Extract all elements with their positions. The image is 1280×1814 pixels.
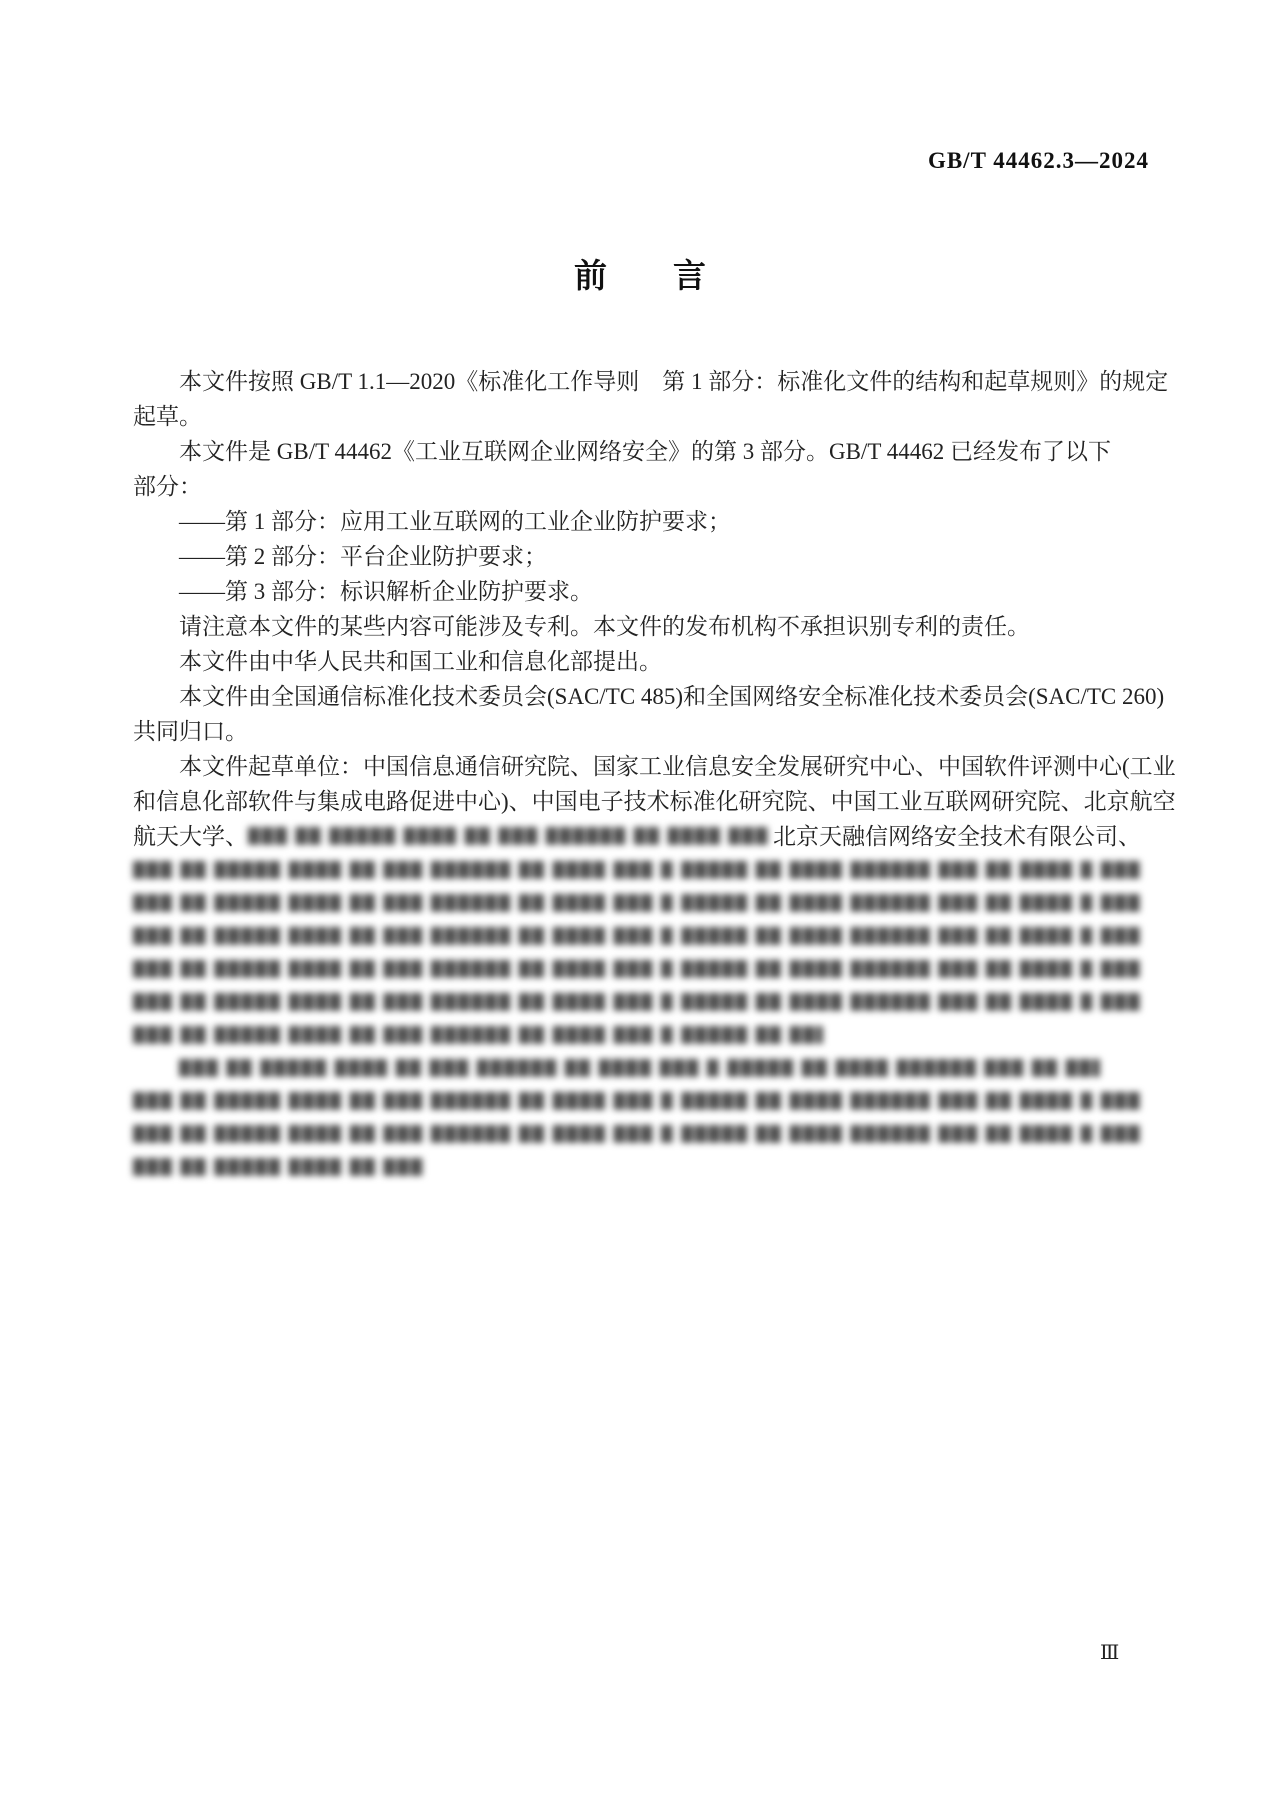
page-number: Ⅲ [1100,1640,1119,1664]
redacted-line: ███ ██ █████ ████ ██ ███ ██████ ██ ████ … [133,854,1148,887]
body-line: 部分： [133,469,1148,504]
page-title: 前 言 [0,250,1280,297]
redacted-line: ███ ██ █████ ████ ██ ███ ██████ ██ ████ … [133,887,1148,920]
body-line: 请注意本文件的某些内容可能涉及专利。本文件的发布机构不承担识别专利的责任。 [133,609,1148,644]
redacted-text-segment: ███ ██ █████ ████ ██ ███ ██████ ██ ████ … [133,1025,823,1045]
redacted-line: ███ ██ █████ ████ ██ ███ ██████ ██ ████ … [133,953,1148,986]
standard-code-header: GB/T 44462.3—2024 [928,148,1149,174]
body-line: 和信息化部软件与集成电路促进中心)、中国电子技术标准化研究院、中国工业互联网研究… [133,784,1148,819]
redacted-text-segment: ███ ██ █████ ████ ██ ███ ██████ ██ ████ … [133,860,1148,880]
redacted-text-segment: ███ ██ █████ ████ ██ ███ ██████ ██ ████ … [133,1124,1148,1144]
body-line: 本文件按照 GB/T 1.1—2020《标准化工作导则 第 1 部分：标准化文件… [133,364,1148,399]
redacted-line: ███ ██ █████ ████ ██ ███ ██████ ██ ████ … [133,986,1148,1019]
redacted-line: ███ ██ █████ ████ ██ ███ ██████ ██ ████ … [133,1019,1148,1052]
body-line: ——第 1 部分：应用工业互联网的工业企业防护要求； [133,504,1148,539]
body-line-clear-text: 航天大学、 [133,824,248,849]
redacted-line: ███ ██ █████ ████ ██ ███ ██████ ██ ████ … [133,1118,1148,1151]
body-line: 本文件是 GB/T 44462《工业互联网企业网络安全》的第 3 部分。GB/T… [133,434,1148,469]
redacted-text-segment: ███ ██ █████ ████ ██ ███ ██████ ██ ████ … [133,1157,427,1177]
redacted-text-segment: ███ ██ █████ ████ ██ ███ ██████ ██ ████ … [133,1091,1148,1111]
redacted-text-segment: ███ ██ █████ ████ ██ ███ ██████ ██ ████ … [179,1058,1100,1078]
body-line: 共同归口。 [133,714,1148,749]
body-text: 本文件按照 GB/T 1.1—2020《标准化工作导则 第 1 部分：标准化文件… [133,364,1148,1184]
redacted-text-segment: ███ ██ █████ ████ ██ ███ ██████ ██ ████ … [133,992,1148,1012]
redacted-text-segment: ███ ██ █████ ████ ██ ███ ██████ ██ ████ … [133,959,1148,979]
body-line: 起草。 [133,399,1148,434]
document-page: GB/T 44462.3—2024 前 言 本文件按照 GB/T 1.1—202… [0,0,1280,1814]
redacted-text-segment: ███ ██ █████ ████ ██ ███ ██████ ██ ████ … [133,926,1148,946]
body-line: 本文件由中华人民共和国工业和信息化部提出。 [133,644,1148,679]
redacted-text-segment: ███ ██ █████ ████ ██ ███ ██████ ██ ████ … [248,826,773,846]
body-line: ——第 3 部分：标识解析企业防护要求。 [133,574,1148,609]
body-line-partially-redacted: 航天大学、███ ██ █████ ████ ██ ███ ██████ ██ … [133,819,1148,854]
redacted-text-segment: ███ ██ █████ ████ ██ ███ ██████ ██ ████ … [133,893,1148,913]
redacted-line: ███ ██ █████ ████ ██ ███ ██████ ██ ████ … [133,1085,1148,1118]
body-line: ——第 2 部分：平台企业防护要求； [133,539,1148,574]
redacted-line: ███ ██ █████ ████ ██ ███ ██████ ██ ████ … [133,1151,1148,1184]
redacted-line: ███ ██ █████ ████ ██ ███ ██████ ██ ████ … [133,1052,1148,1085]
body-line-clear-text: 北京天融信网络安全技术有限公司、 [773,824,1141,849]
body-line: 本文件起草单位：中国信息通信研究院、国家工业信息安全发展研究中心、中国软件评测中… [133,749,1148,784]
redacted-line: ███ ██ █████ ████ ██ ███ ██████ ██ ████ … [133,920,1148,953]
body-line: 本文件由全国通信标准化技术委员会(SAC/TC 485)和全国网络安全标准化技术… [133,679,1148,714]
